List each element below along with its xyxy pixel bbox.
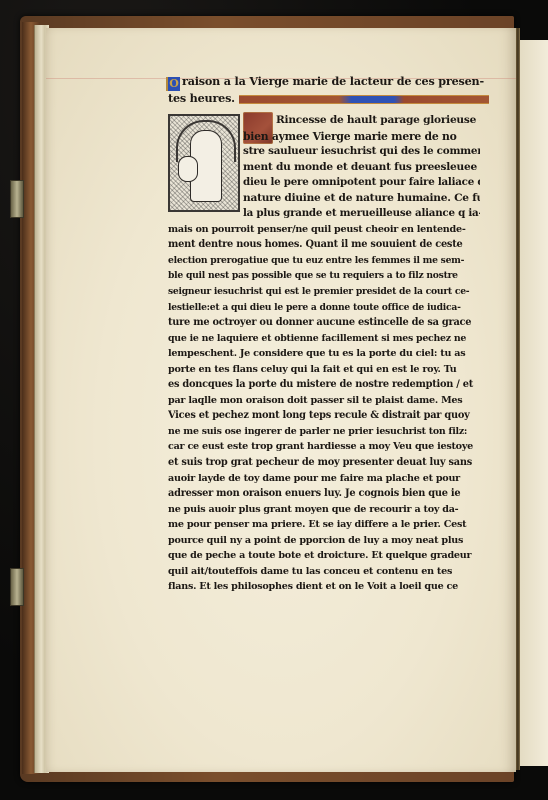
text-line: flans. Et les philosophes dient et on le… (168, 579, 480, 595)
text-line: dieu le pere omnipotent pour faire lalia… (168, 175, 480, 191)
text-line: election prerogatiue que tu euz entre le… (168, 253, 480, 269)
text-line: Vices et pechez mont long teps recule & … (168, 408, 480, 424)
header-line-2: tes heures. (168, 91, 480, 107)
text-line: ne me suis ose ingerer de parler ne prie… (168, 424, 480, 440)
text-line: et suis trop grat pecheur de moy present… (168, 455, 480, 471)
text-line: bien aymee Vierge marie mere de no (168, 129, 480, 145)
text-line: lestielle:et a qui dieu le pere a donne … (168, 300, 480, 316)
text-line: que ie ne laquiere et obtienne facilleme… (168, 331, 480, 347)
decorative-line-filler (239, 95, 489, 104)
header-text-2: tes heures. (168, 91, 235, 105)
blue-initial-o: O (168, 77, 180, 91)
header-rubric: Oraison a la Vierge marie de lacteur de … (168, 74, 480, 107)
header-text-1: raison a la Vierge marie de lacteur de c… (182, 74, 484, 88)
text-line: que de peche a toute bote et droicture. … (168, 548, 480, 564)
text-line: car ce eust este trop grant hardiesse a … (168, 439, 480, 455)
text-line: seigneur iesuchrist qui est le premier p… (168, 284, 480, 300)
clasp-bottom (10, 568, 24, 606)
text-line: adresser mon oraison enuers luy. Je cogn… (168, 486, 480, 502)
text-line: ble quil nest pas possible que se tu req… (168, 268, 480, 284)
text-line: ne puis auoir plus grant moyen que de re… (168, 502, 480, 518)
text-line: Rincesse de hault parage glorieuse & (168, 113, 480, 129)
text-line: me pour penser ma priere. Et se iay diff… (168, 517, 480, 533)
text-line: ment du monde et deuant fus preesleuee d… (168, 160, 480, 176)
facing-page-edge (520, 40, 548, 766)
text-line: pource quil ny a point de pporcion de lu… (168, 533, 480, 549)
text-line: lempeschent. Je considere que tu es la p… (168, 346, 480, 362)
header-line-1: Oraison a la Vierge marie de lacteur de … (168, 74, 480, 91)
text-line: quil ait/touteffois dame tu las conceu e… (168, 564, 480, 580)
text-line: auoir layde de toy dame pour me faire ma… (168, 471, 480, 487)
text-line: nature diuine et de nature humaine. Ce f… (168, 191, 480, 207)
text-line: la plus grande et merueilleuse aliance q… (168, 206, 480, 222)
text-line: ment dentre nous homes. Quant il me souu… (168, 237, 480, 253)
text-line: par laqlle mon oraison doit passer sil t… (168, 393, 480, 409)
text-line: es doncques la porte du mistere de nostr… (168, 377, 480, 393)
text-line: stre saulueur iesuchrist qui des le comm… (168, 144, 480, 160)
text-line: ture me octroyer ou donner aucune estinc… (168, 315, 480, 331)
body-text: Rincesse de hault parage glorieuse & bie… (168, 113, 480, 595)
text-line: mais on pourroit penser/ne quil peust ch… (168, 222, 480, 238)
text-line: porte en tes flans celuy qui la fait et … (168, 362, 480, 378)
clasp-top (10, 180, 24, 218)
